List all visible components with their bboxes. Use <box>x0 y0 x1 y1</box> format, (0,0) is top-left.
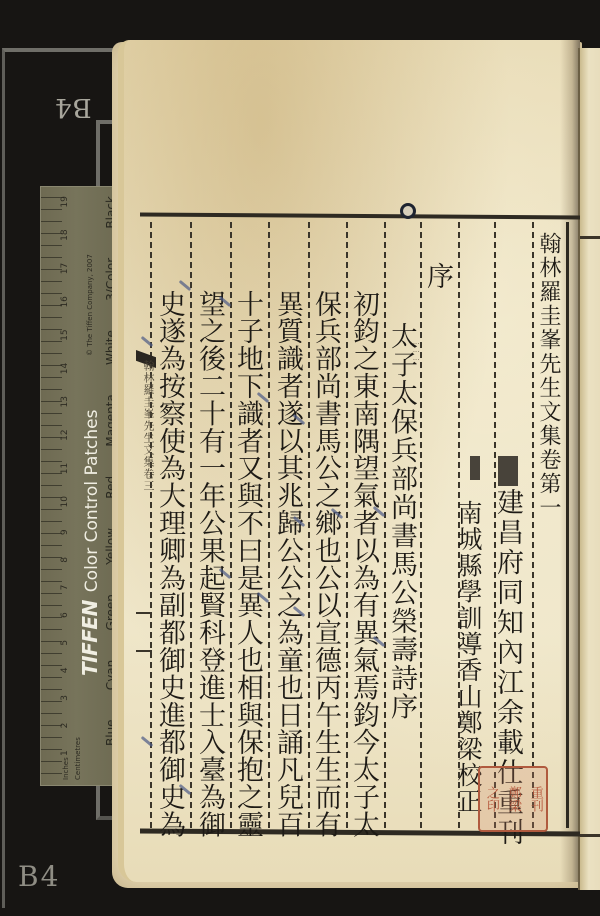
next-page-bottom-rule <box>580 834 600 837</box>
ruler-brand: TIFFEN Color Control Patches <box>78 410 102 676</box>
body-column-1: 初鈞之東南隅望氣者以為有異氣焉鈞今太子太 <box>350 290 377 838</box>
column-rule <box>420 222 422 828</box>
ruler-number: 8 <box>60 557 74 563</box>
ink-blot <box>498 456 518 486</box>
body-column-4: 十子地下識者又與不曰是異人也相與保抱之靈 <box>234 290 261 838</box>
board-label-top: B4 <box>54 92 92 122</box>
next-page-edge <box>578 48 600 890</box>
seal-line: 鄭梁 <box>506 786 520 812</box>
tiffen-logo: TIFFEN <box>78 600 102 676</box>
ruler-number: 11 <box>60 463 74 474</box>
ruler-number: 18 <box>60 229 74 240</box>
ruler-copyright: © The Tiffen Company, 2007 <box>86 254 94 356</box>
editor-column-2: 南城縣學訓導香山鄭梁校正 <box>456 500 481 814</box>
page-gutter-shadow <box>560 40 580 882</box>
ruler-number: 2 <box>60 723 74 729</box>
red-seal-stamp: 重刊 鄭梁 之印 <box>478 766 548 832</box>
next-page-top-rule <box>580 236 600 239</box>
seal-line: 重刊 <box>528 786 542 812</box>
ruler-number: 17 <box>60 263 74 274</box>
ruler-number: 16 <box>60 296 74 307</box>
body-column-5: 望之後二十有一年公果起賢科登進士入臺為御 <box>196 290 223 838</box>
ruler-unit-centimetres: Centimetres <box>74 737 82 780</box>
margin-tick <box>136 650 152 652</box>
column-rule <box>190 222 192 828</box>
ruler-number: 14 <box>60 363 74 374</box>
ruler-number: 19 <box>60 196 74 207</box>
body-column-2: 保兵部尚書馬公之鄉也公以宣德丙午生生而有 <box>312 290 339 838</box>
ruler-number: 7 <box>60 585 74 591</box>
ruler-number: 12 <box>60 429 74 440</box>
margin-tick <box>136 612 152 614</box>
ruler-number: 1 <box>60 750 74 756</box>
column-rule <box>268 222 270 828</box>
preface-title-column: 太子太保兵部尚書馬公榮壽詩序 <box>388 322 415 721</box>
ink-blot <box>470 456 480 480</box>
column-rule <box>150 222 152 828</box>
section-heading: 序 <box>424 262 451 292</box>
body-column-3: 異質識者遂以其兆歸公公之為童也日誦凡兒百 <box>274 290 301 838</box>
ruler-number: 5 <box>60 640 74 646</box>
column-rule <box>566 222 569 828</box>
ruler-number: 10 <box>60 496 74 507</box>
ruler-number: 13 <box>60 396 74 407</box>
ruler-number: 9 <box>60 529 74 535</box>
circle-mark-icon <box>400 203 416 219</box>
ruler-title: Color Control Patches <box>82 410 102 593</box>
book-title-column: 翰林羅圭峯先生文集卷第一 <box>537 232 559 520</box>
ruler-numbers: 1 2 3 4 5 6 7 8 9 10 11 12 13 14 15 16 1… <box>60 196 74 756</box>
board-label-bottom: B4 <box>18 860 60 893</box>
ruler-number: 6 <box>60 612 74 618</box>
seal-line: 之印 <box>484 786 498 812</box>
ruler-number: 15 <box>60 329 74 340</box>
ruler-ticks <box>40 186 62 786</box>
column-rule <box>532 222 534 828</box>
ruler-number: 4 <box>60 667 74 673</box>
ruler-number: 3 <box>60 695 74 701</box>
body-column-6: 史遂為按察使為大理卿為副都御史進都御史為 <box>156 290 183 838</box>
